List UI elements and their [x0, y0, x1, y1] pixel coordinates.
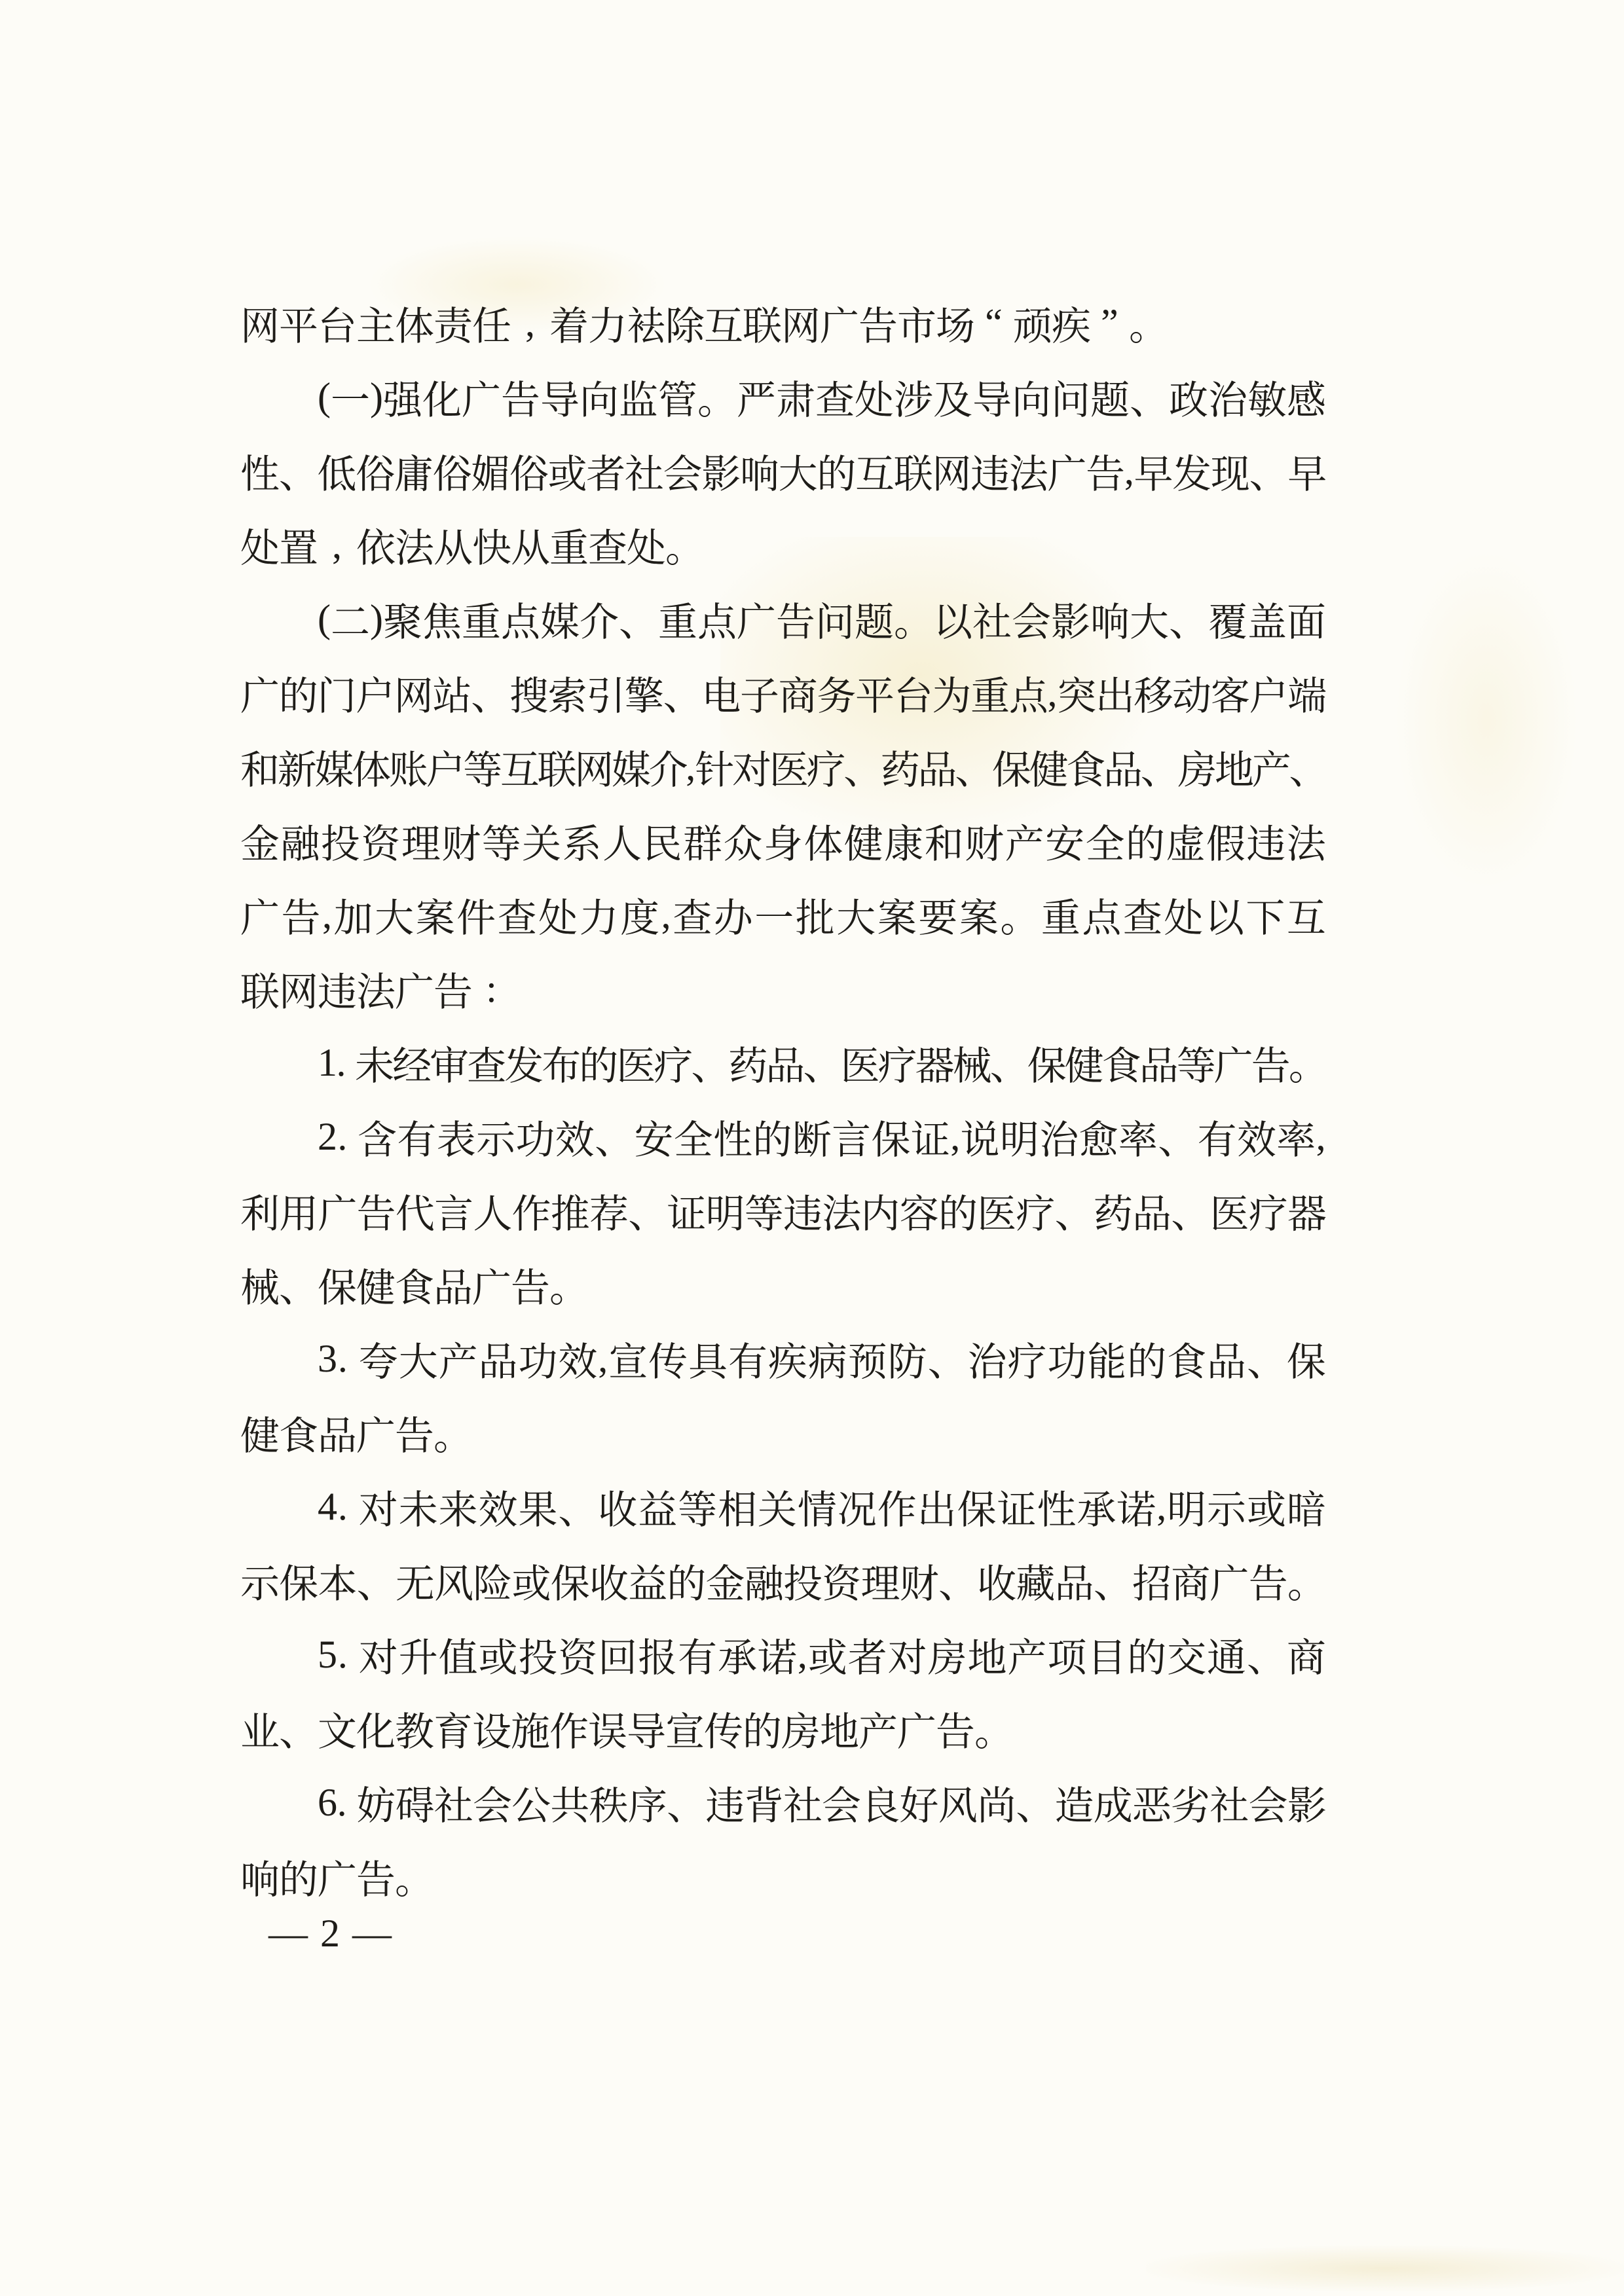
document-line: 金融投资理财等关系人民群众身体健康和财产安全的虚假违法 — [240, 804, 1326, 878]
document-line: (一)强化广告导向监管。严肃查处涉及导向问题、政治敏感 — [240, 360, 1326, 434]
document-line: 示保本、无风险或保收益的金融投资理财、收藏品、招商广告。 — [240, 1544, 1326, 1618]
document-line: 联网违法广告: — [240, 952, 1326, 1026]
scan-stain — [1146, 2246, 1624, 2291]
document-line: 6. 妨碍社会公共秩序、违背社会良好风尚、造成恶劣社会影 — [240, 1766, 1326, 1840]
document-line: 4. 对未来效果、收益等相关情况作出保证性承诺,明示或暗 — [240, 1470, 1326, 1544]
document-line: 械、保健食品广告。 — [240, 1248, 1326, 1322]
document-line: 广告,加大案件查处力度,查办一批大案要案。重点查处以下互 — [240, 878, 1326, 952]
document-body: 网平台主体责任,着力袪除互联网广告市场“顽疾”。(一)强化广告导向监管。严肃查处… — [240, 286, 1326, 1914]
document-line: 1. 未经审查发布的医疗、药品、医疗器械、保健食品等广告。 — [240, 1026, 1326, 1100]
document-line: 和新媒体账户等互联网媒介,针对医疗、药品、保健食品、房地产、 — [240, 730, 1326, 804]
scan-stain — [1395, 550, 1578, 890]
document-line: 响的广告。 — [240, 1840, 1326, 1914]
document-line: 网平台主体责任,着力袪除互联网广告市场“顽疾”。 — [240, 286, 1326, 360]
document-line: 业、文化教育设施作误导宣传的房地产广告。 — [240, 1692, 1326, 1766]
document-line: 2. 含有表示功效、安全性的断言保证,说明治愈率、有效率, — [240, 1100, 1326, 1174]
document-line: 5. 对升值或投资回报有承诺,或者对房地产项目的交通、商 — [240, 1618, 1326, 1692]
document-line: (二)聚焦重点媒介、重点广告问题。以社会影响大、覆盖面 — [240, 582, 1326, 656]
scanned-page: 网平台主体责任,着力袪除互联网广告市场“顽疾”。(一)强化广告导向监管。严肃查处… — [0, 0, 1624, 2296]
document-line: 利用广告代言人作推荐、证明等违法内容的医疗、药品、医疗器 — [240, 1174, 1326, 1248]
document-line: 性、低俗庸俗媚俗或者社会影响大的互联网违法广告,早发现、早 — [240, 434, 1326, 508]
page-number: — 2 — — [268, 1897, 393, 1969]
document-line: 健食品广告。 — [240, 1396, 1326, 1470]
document-line: 3. 夸大产品功效,宣传具有疾病预防、治疗功能的食品、保 — [240, 1322, 1326, 1396]
document-line: 广的门户网站、搜索引擎、电子商务平台为重点,突出移动客户端 — [240, 656, 1326, 730]
document-line: 处置,依法从快从重查处。 — [240, 508, 1326, 582]
document-page: { "page": { "number_label": "— 2 —", "ba… — [0, 0, 1624, 2296]
